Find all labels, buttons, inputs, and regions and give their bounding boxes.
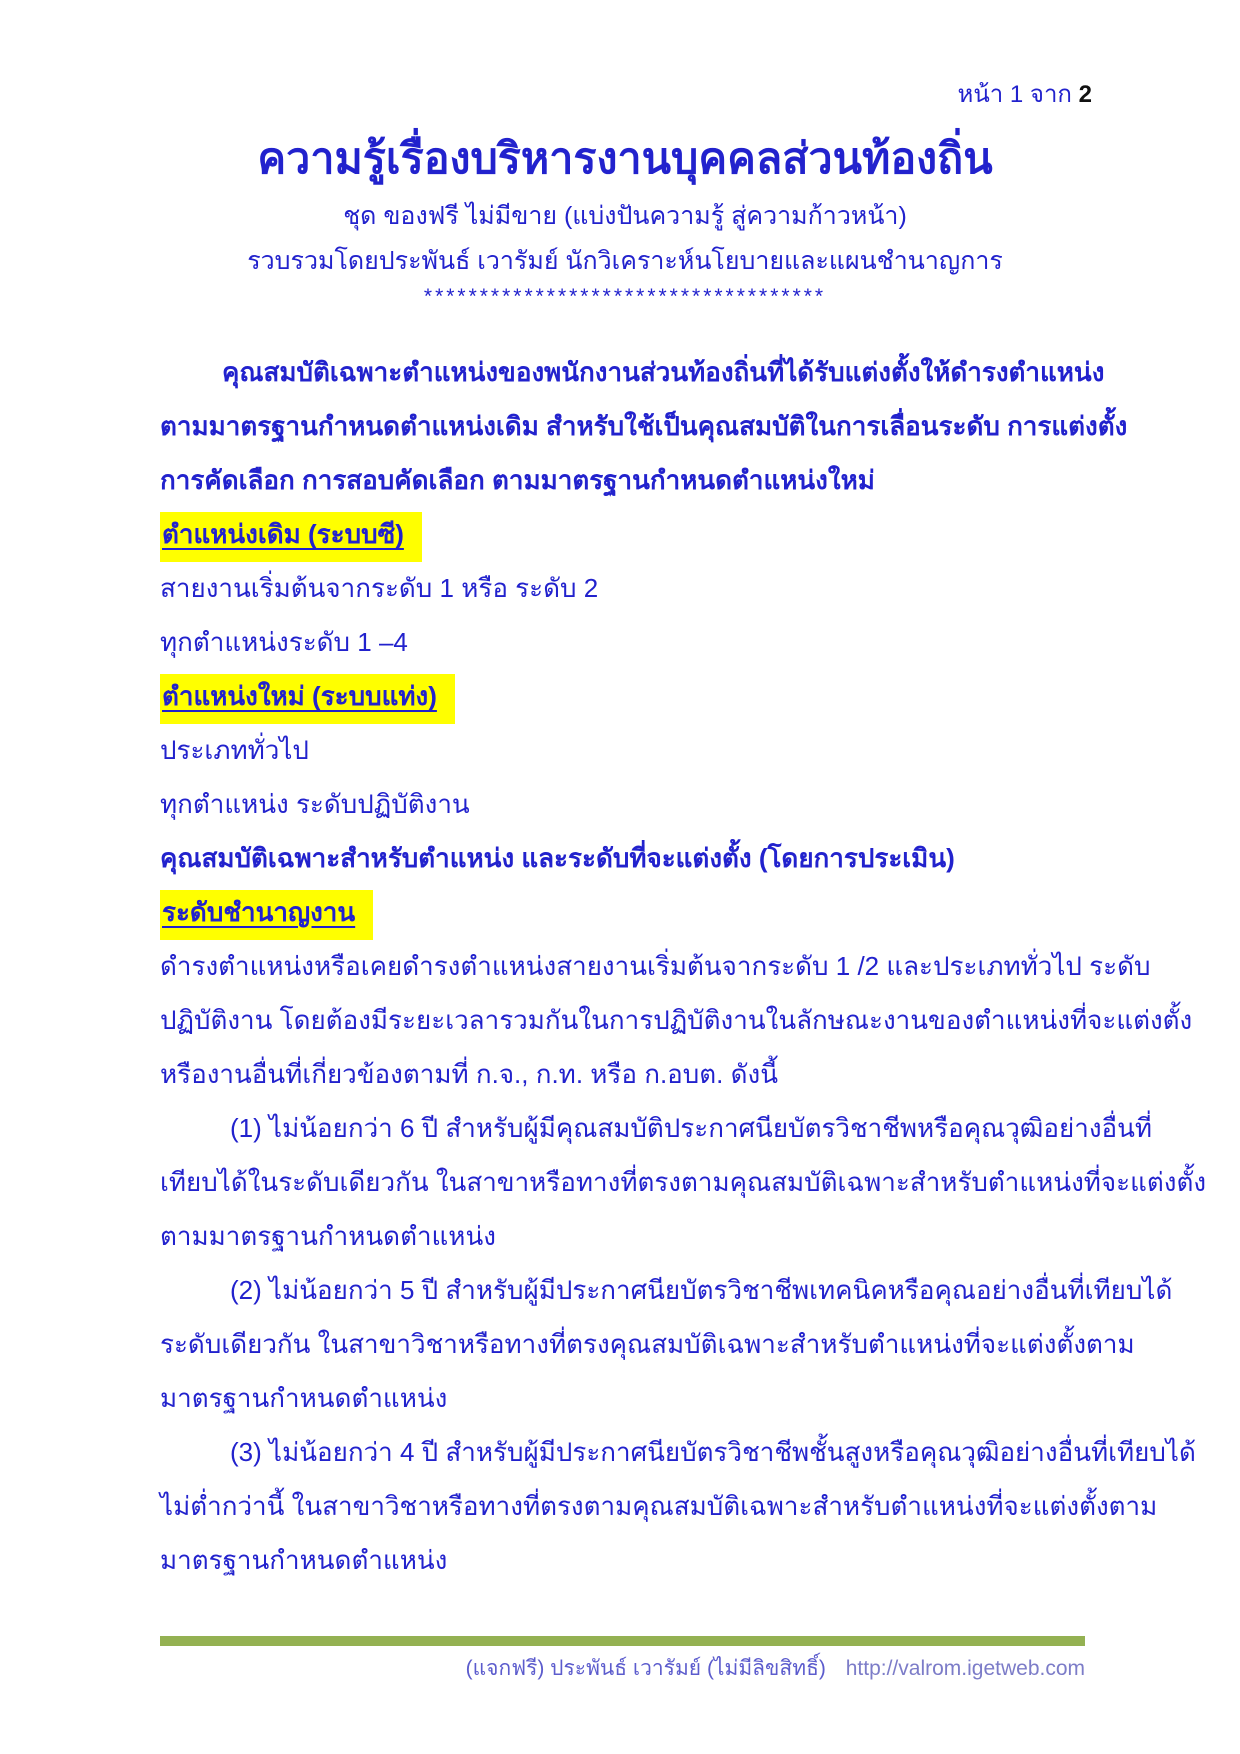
item3-line-2: ไม่ต่ำกว่านี้ ในสาขาวิชาหรือทางที่ตรงตาม… [160,1479,1090,1533]
document-body: คุณสมบัติเฉพาะตำแหน่งของพนักงานส่วนท้องถ… [160,345,1090,1587]
item3-line-1: (3) ไม่น้อยกว่า 4 ปี สำหรับผู้มีประกาศนี… [160,1425,1090,1479]
footer-divider-bar [160,1636,1085,1646]
highlighted-heading-old-position: ตำแหน่งเดิม (ระบบซี) [160,512,422,562]
new-position-line-2: ทุกตำแหน่ง ระดับปฏิบัติงาน [160,777,1090,831]
footer-credit: (แจกฟรี) ประพันธ์ เวารัมย์ (ไม่มีลิขสิทธ… [466,1657,826,1680]
intro-line-2: ตามมาตรฐานกำหนดตำแหน่งเดิม สำหรับใช้เป็น… [160,399,1090,453]
intro-line-3: การคัดเลือก การสอบคัดเลือก ตามมาตรฐานกำห… [160,453,1090,507]
document-title: ความรู้เรื่องบริหารงานบุคคลส่วนท้องถิ่น [160,130,1090,188]
level-para-line-3: หรืองานอื่นที่เกี่ยวข้องตามที่ ก.จ., ก.ท… [160,1047,1090,1101]
document-header: ความรู้เรื่องบริหารงานบุคคลส่วนท้องถิ่น … [160,130,1090,309]
document-footer: (แจกฟรี) ประพันธ์ เวารัมย์ (ไม่มีลิขสิทธ… [160,1652,1085,1685]
footer-url: http://valrom.igetweb.com [832,1657,1085,1680]
item2-line-2: ระดับเดียวกัน ในสาขาวิชาหรือทางที่ตรงคุณ… [160,1317,1090,1371]
page-number-label: หน้า 1 จาก [958,81,1072,108]
document-page: หน้า 1 จาก 2 ความรู้เรื่องบริหารงานบุคคล… [0,0,1240,1754]
heading-row-level: ระดับชำนาญงาน [160,885,1090,939]
highlighted-heading-new-position: ตำแหน่งใหม่ (ระบบแท่ง) [160,674,455,724]
highlighted-heading-level: ระดับชำนาญงาน [160,890,373,940]
divider-asterisks: ************************************ [160,285,1090,309]
heading-row-new-position: ตำแหน่งใหม่ (ระบบแท่ง) [160,669,1090,723]
item1-line-1: (1) ไม่น้อยกว่า 6 ปี สำหรับผู้มีคุณสมบัต… [160,1101,1090,1155]
intro-line-1: คุณสมบัติเฉพาะตำแหน่งของพนักงานส่วนท้องถ… [160,345,1090,399]
item3-line-3: มาตรฐานกำหนดตำแหน่ง [160,1533,1090,1587]
item1-line-3: ตามมาตรฐานกำหนดตำแหน่ง [160,1209,1090,1263]
page-number-total: 2 [1079,81,1092,108]
qualification-line: คุณสมบัติเฉพาะสำหรับตำแหน่ง และระดับที่จ… [160,831,1090,885]
subtitle-compiler: รวบรวมโดยประพันธ์ เวารัมย์ นักวิเคราะห์น… [160,245,1090,278]
subtitle-edition: ชุด ของฟรี ไม่มีขาย (แบ่งปันความรู้ สู่ค… [160,200,1090,233]
new-position-line-1: ประเภททั่วไป [160,723,1090,777]
heading-row-old-position: ตำแหน่งเดิม (ระบบซี) [160,507,1090,561]
old-position-line-2: ทุกตำแหน่งระดับ 1 –4 [160,615,1090,669]
page-number: หน้า 1 จาก 2 [958,74,1093,113]
item2-line-1: (2) ไม่น้อยกว่า 5 ปี สำหรับผู้มีประกาศนี… [160,1263,1090,1317]
item2-line-3: มาตรฐานกำหนดตำแหน่ง [160,1371,1090,1425]
old-position-line-1: สายงานเริ่มต้นจากระดับ 1 หรือ ระดับ 2 [160,561,1090,615]
item1-line-2: เทียบได้ในระดับเดียวกัน ในสาขาหรือทางที่… [160,1155,1090,1209]
level-para-line-1: ดำรงตำแหน่งหรือเคยดำรงตำแหน่งสายงานเริ่ม… [160,939,1090,993]
level-para-line-2: ปฏิบัติงาน โดยต้องมีระยะเวลารวมกันในการป… [160,993,1090,1047]
